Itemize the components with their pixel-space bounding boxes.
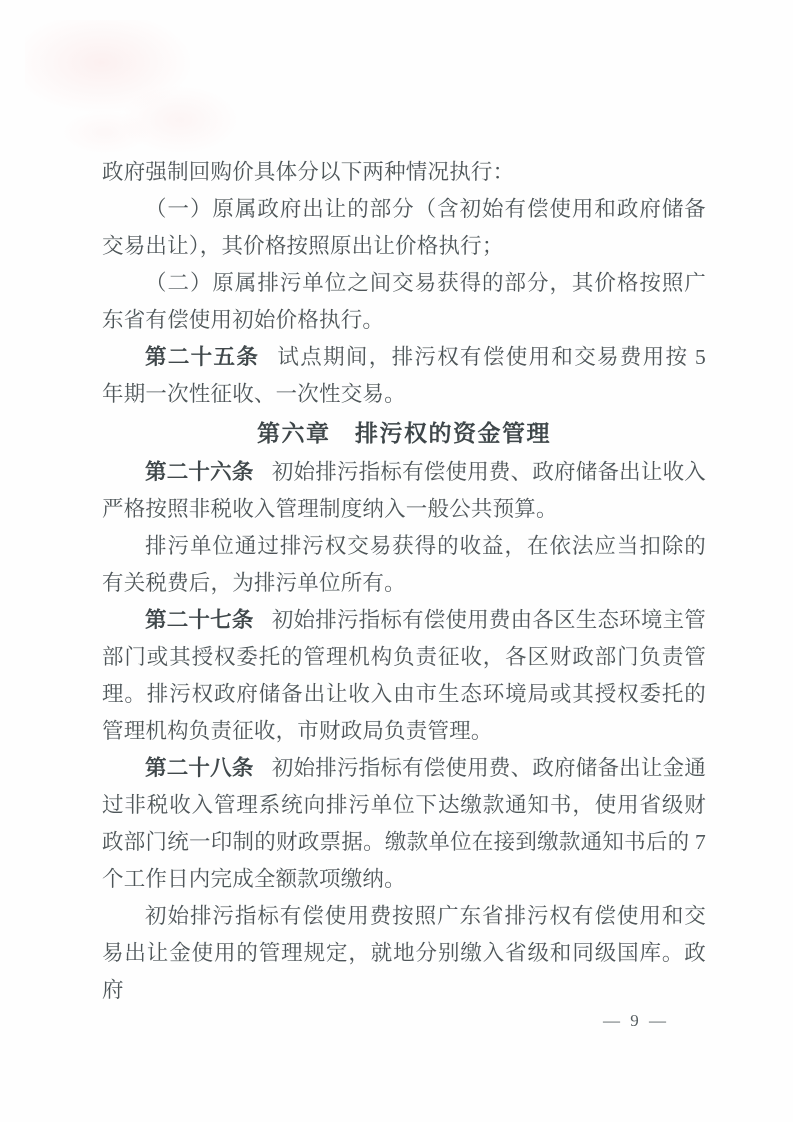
paragraph-text: （一）原属政府出让的部分（含初始有偿使用和政府储备交易出让），其价格按照原出让价… — [102, 197, 706, 258]
paragraph-article-27: 第二十七条初始排污指标有偿使用费由各区生态环境主管部门或其授权委托的管理机构负责… — [102, 602, 706, 750]
paragraph-case-two: （二）原属排污单位之间交易获得的部分，其价格按照广东省有偿使用初始价格执行。 — [102, 265, 706, 339]
document-page: 政府强制回购价具体分以下两种情况执行： （一）原属政府出让的部分（含初始有偿使用… — [0, 0, 793, 1122]
article-number: 第二十七条 — [145, 608, 254, 632]
paragraph-article-25: 第二十五条试点期间，排污权有偿使用和交易费用按 5 年期一次性征收、一次性交易。 — [102, 339, 706, 413]
paragraph-text: 政府强制回购价具体分以下两种情况执行： — [102, 160, 514, 184]
paragraph-article-28: 第二十八条初始排污指标有偿使用费、政府储备出让金通过非税收入管理系统向排污单位下… — [102, 750, 706, 898]
paragraph-article-26: 第二十六条初始排污指标有偿使用费、政府储备出让收入严格按照非税收入管理制度纳入一… — [102, 454, 706, 528]
page-number: — 9 — — [573, 1008, 699, 1034]
paragraph-text: 排污单位通过排污权交易获得的收益，在依法应当扣除的有关税费后，为排污单位所有。 — [102, 534, 706, 595]
scan-smudge — [120, 85, 240, 155]
paragraph-text: 初始排污指标有偿使用费按照广东省排污权有偿使用和交易出让金使用的管理规定，就地分… — [102, 904, 706, 1002]
paragraph-trade-income: 排污单位通过排污权交易获得的收益，在依法应当扣除的有关税费后，为排污单位所有。 — [102, 528, 706, 602]
paragraph-case-one: （一）原属政府出让的部分（含初始有偿使用和政府储备交易出让），其价格按照原出让价… — [102, 191, 706, 265]
scan-smudge — [60, 110, 150, 155]
paragraph-treasury-payment: 初始排污指标有偿使用费按照广东省排污权有偿使用和交易出让金使用的管理规定，就地分… — [102, 898, 706, 1009]
article-number: 第二十八条 — [145, 756, 254, 780]
article-number: 第二十五条 — [145, 345, 259, 369]
scan-smudge — [25, 20, 195, 115]
article-number: 第二十六条 — [145, 460, 254, 484]
paragraph-text: （二）原属排污单位之间交易获得的部分，其价格按照广东省有偿使用初始价格执行。 — [102, 271, 706, 332]
chapter-heading: 第六章 排污权的资金管理 — [102, 415, 706, 452]
paragraph-repurchase-intro: 政府强制回购价具体分以下两种情况执行： — [102, 154, 706, 191]
document-body: 政府强制回购价具体分以下两种情况执行： （一）原属政府出让的部分（含初始有偿使用… — [102, 154, 706, 1009]
